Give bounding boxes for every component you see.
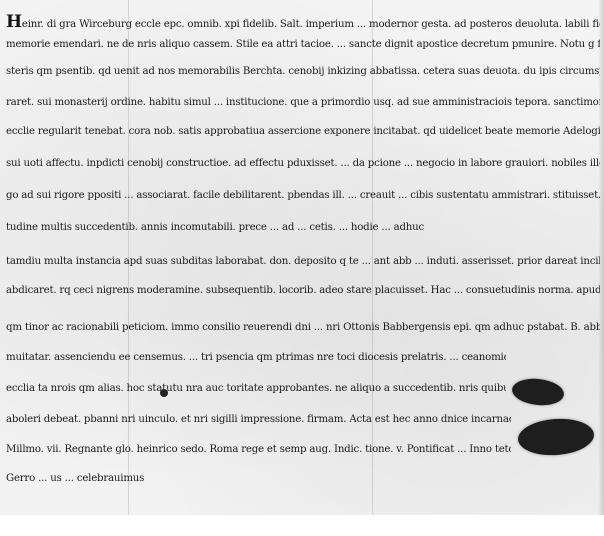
text-line-12: muitatar. assenciendu ee censemus. ... t… <box>6 352 506 363</box>
ink-blot <box>160 389 168 397</box>
wax-seal-upper <box>511 376 565 407</box>
text-line-16: Gerro ... us ... celebrauimus <box>6 473 600 484</box>
decorated-initial: H <box>6 12 22 32</box>
text-line-6: sui uoti affectu. inpdicti cenobij const… <box>6 158 600 169</box>
text-line-3: steris qm psentib. qd uenit ad nos memor… <box>6 66 600 77</box>
text-line-4: raret. sui monasterij ordine. habitu sim… <box>6 97 600 108</box>
text-line-13: ecclia ta nrois qm alias. hoc statutu nr… <box>6 383 506 394</box>
charter-scan: Heinr. di gra Wirceburg eccle epc. omnib… <box>0 0 604 536</box>
text-line-7: go ad sui rigore ppositi ... associarat.… <box>6 190 600 201</box>
wax-seal-lower <box>517 416 595 457</box>
page-margin-bottom <box>0 515 604 536</box>
text-line-5: ecclie regularit tenebat. cora nob. sati… <box>6 126 600 137</box>
text-line-11: qm tinor ac racionabili peticiom. immo c… <box>6 322 600 333</box>
text-line-15: Millmo. vii. Regnante glo. heinrico sedo… <box>6 444 511 455</box>
text-line-2: memorie emendari. ne de nris aliquo cass… <box>6 39 600 50</box>
text-line-9: tamdiu multa instancia apd suas subditas… <box>6 256 600 267</box>
line-text: einr. di gra Wirceburg eccle epc. omnib.… <box>22 19 600 30</box>
text-line-8: tudine multis succedentib. annis incomut… <box>6 222 600 233</box>
text-line-10: abdicaret. rq ceci nigrens moderamine. s… <box>6 285 600 296</box>
text-line-14: aboleri debeat. pbanni nri uinculo. et n… <box>6 414 511 425</box>
text-line-1: Heinr. di gra Wirceburg eccle epc. omnib… <box>6 12 600 32</box>
